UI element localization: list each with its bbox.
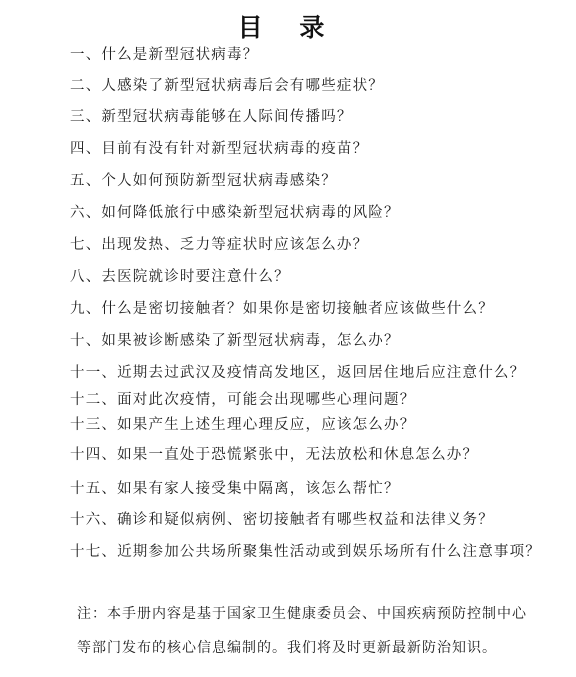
toc-item-4: 四、目前有没有针对新型冠状病毒的疫苗？ <box>70 137 368 158</box>
note-line-2: 等部门发布的核心信息编制的。我们将及时更新最新防治知识。 <box>77 637 497 657</box>
toc-number: 五、 <box>70 173 101 189</box>
toc-item-5: 五、个人如何预防新型冠状病毒感染？ <box>70 169 337 190</box>
toc-text: 什么是密切接触者？如果你是密切接触者应该做些什么？ <box>101 301 494 317</box>
toc-number: 三、 <box>70 109 101 125</box>
toc-text: 新型冠状病毒能够在人际间传播吗？ <box>101 109 352 125</box>
toc-number: 十五、 <box>70 481 117 497</box>
toc-text: 确诊和疑似病例、密切接触者有哪些权益和法律义务？ <box>117 512 494 528</box>
toc-item-11: 十一、近期去过武汉及疫情高发地区，返回居住地后应注意什么？ <box>70 361 525 382</box>
toc-text: 去医院就诊时要注意什么？ <box>101 269 289 285</box>
toc-text: 目前有没有针对新型冠状病毒的疫苗？ <box>101 141 368 157</box>
toc-text: 如果产生上述生理心理反应，应该怎么办？ <box>117 417 415 433</box>
toc-text: 如何降低旅行中感染新型冠状病毒的风险？ <box>101 205 399 221</box>
toc-number: 六、 <box>70 205 101 221</box>
toc-number: 八、 <box>70 269 101 285</box>
toc-item-13: 十三、如果产生上述生理心理反应，应该怎么办？ <box>70 413 415 434</box>
toc-text: 如果有家人接受集中隔离，该怎么帮忙？ <box>117 481 400 497</box>
toc-number: 十七、 <box>70 544 117 560</box>
toc-text: 什么是新型冠状病毒？ <box>101 47 258 63</box>
toc-item-7: 七、出现发热、乏力等症状时应该怎么办？ <box>70 233 368 254</box>
toc-number: 二、 <box>70 78 101 94</box>
toc-item-9: 九、什么是密切接触者？如果你是密切接触者应该做些什么？ <box>70 297 494 318</box>
toc-item-12: 十二、面对此次疫情，可能会出现哪些心理问题？ <box>70 388 415 409</box>
toc-item-3: 三、新型冠状病毒能够在人际间传播吗？ <box>70 105 353 126</box>
toc-item-16: 十六、确诊和疑似病例、密切接触者有哪些权益和法律义务？ <box>70 508 494 529</box>
toc-text: 如果一直处于恐慌紧张中，无法放松和休息怎么办？ <box>117 447 478 463</box>
toc-number: 十六、 <box>70 512 117 528</box>
toc-item-6: 六、如何降低旅行中感染新型冠状病毒的风险？ <box>70 201 400 222</box>
note-line-1: 注：本手册内容是基于国家卫生健康委员会、中国疾病预防控制中心 <box>77 603 527 623</box>
toc-text: 出现发热、乏力等症状时应该怎么办？ <box>101 237 368 253</box>
toc-number: 十一、 <box>70 365 117 381</box>
toc-number: 十四、 <box>70 447 117 463</box>
toc-text: 近期去过武汉及疫情高发地区，返回居住地后应注意什么？ <box>117 365 525 381</box>
toc-number: 九、 <box>70 301 101 317</box>
page-title: 目 录 <box>0 8 576 44</box>
toc-text: 人感染了新型冠状病毒后会有哪些症状？ <box>101 78 384 94</box>
toc-number: 四、 <box>70 141 101 157</box>
toc-text: 个人如何预防新型冠状病毒感染？ <box>101 173 337 189</box>
toc-item-1: 一、什么是新型冠状病毒？ <box>70 43 258 64</box>
toc-item-15: 十五、如果有家人接受集中隔离，该怎么帮忙？ <box>70 477 400 498</box>
toc-item-17: 十七、近期参加公共场所聚集性活动或到娱乐场所有什么注意事项？ <box>70 540 541 561</box>
toc-text: 面对此次疫情，可能会出现哪些心理问题？ <box>117 392 415 408</box>
toc-number: 十三、 <box>70 417 117 433</box>
toc-item-10: 十、如果被诊断感染了新型冠状病毒，怎么办？ <box>70 329 400 350</box>
toc-number: 十、 <box>70 333 101 349</box>
toc-number: 十二、 <box>70 392 117 408</box>
toc-number: 一、 <box>70 47 101 63</box>
toc-number: 七、 <box>70 237 101 253</box>
toc-item-14: 十四、如果一直处于恐慌紧张中，无法放松和休息怎么办？ <box>70 443 478 464</box>
toc-text: 如果被诊断感染了新型冠状病毒，怎么办？ <box>101 333 399 349</box>
toc-text: 近期参加公共场所聚集性活动或到娱乐场所有什么注意事项？ <box>117 544 541 560</box>
toc-item-2: 二、人感染了新型冠状病毒后会有哪些症状？ <box>70 74 384 95</box>
toc-item-8: 八、去医院就诊时要注意什么？ <box>70 265 290 286</box>
